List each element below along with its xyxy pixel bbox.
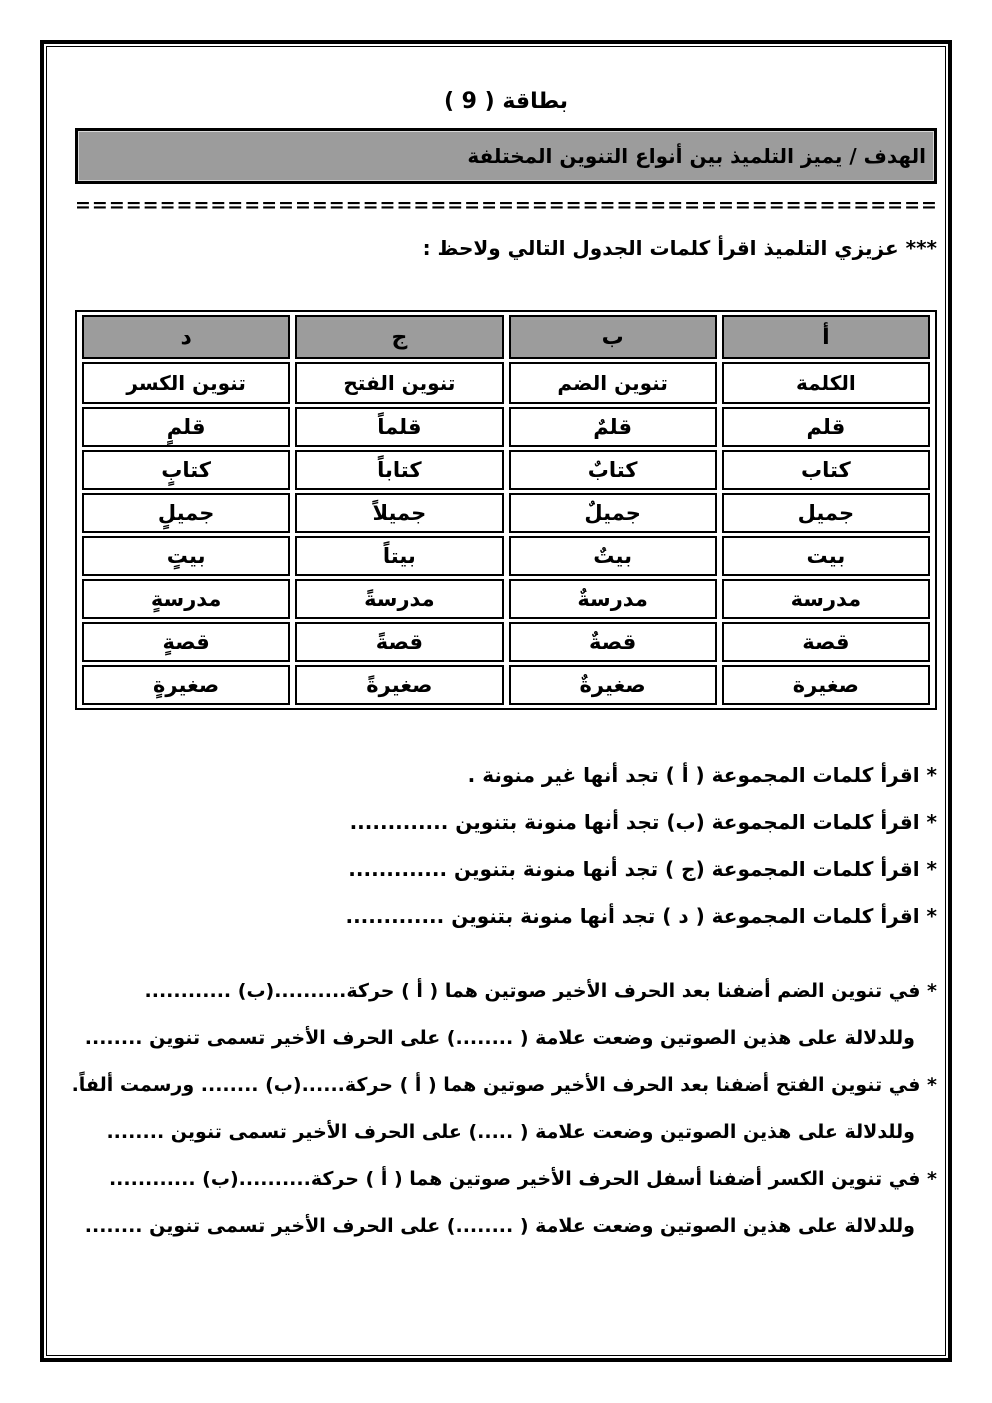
goal-text: الهدف / يميز التلميذ بين أنواع التنوين ا… (467, 144, 926, 168)
word-cell: كتابٌ (509, 450, 717, 490)
observation-line: * اقرأ كلمات المجموعة ( د ) تجد أنها منو… (75, 893, 937, 940)
table-row: كتاب كتابٌ كتاباً كتابٍ (82, 450, 930, 490)
word-cell: قصةٌ (509, 622, 717, 662)
table-row: قلم قلمٌ قلماً قلمٍ (82, 407, 930, 447)
table-row: قصة قصةٌ قصةً قصةٍ (82, 622, 930, 662)
observation-line: * اقرأ كلمات المجموعة (ج ) تجد أنها منون… (75, 846, 937, 893)
word-cell: جميلٌ (509, 493, 717, 533)
column-title-cell: الكلمة (722, 362, 930, 404)
word-cell: جميلاً (295, 493, 503, 533)
group-letter-cell: أ (722, 315, 930, 359)
worksheet-content: بطاقة ( 9 ) الهدف / يميز التلميذ بين أنو… (46, 46, 946, 1356)
word-cell: بيت (722, 536, 930, 576)
group-letters-row: أ ب ج د (82, 315, 930, 359)
conclusion-line: * في تنوين الفتح أضفنا بعد الحرف الأخير … (75, 1062, 937, 1109)
group-letter-cell: ج (295, 315, 503, 359)
word-cell: قلم (722, 407, 930, 447)
table-row: جميل جميلٌ جميلاً جميلٍ (82, 493, 930, 533)
word-cell: بيتاً (295, 536, 503, 576)
word-cell: قصةً (295, 622, 503, 662)
word-cell: صغيرةً (295, 665, 503, 705)
observation-line: * اقرأ كلمات المجموعة ( أ ) تجد أنها غير… (75, 752, 937, 799)
table-row: مدرسة مدرسةٌ مدرسةً مدرسةٍ (82, 579, 930, 619)
word-cell: قلماً (295, 407, 503, 447)
conclusion-line: وللدلالة على هذين الصوتين وضعت علامة ( .… (75, 1015, 937, 1062)
group-letter-cell: ب (509, 315, 717, 359)
word-cell: قصةٍ (82, 622, 290, 662)
word-cell: مدرسةٍ (82, 579, 290, 619)
separator-line: ========================================… (75, 194, 937, 216)
page-title: بطاقة ( 9 ) (75, 89, 937, 114)
word-cell: كتاباً (295, 450, 503, 490)
word-cell: كتاب (722, 450, 930, 490)
conclusions-section: * في تنوين الضم أضفنا بعد الحرف الأخير ص… (75, 968, 937, 1250)
conclusion-line: وللدلالة على هذين الصوتين وضعت علامة ( .… (75, 1109, 937, 1156)
word-cell: كتابٍ (82, 450, 290, 490)
table-row: بيت بيتٌ بيتاً بيتٍ (82, 536, 930, 576)
word-cell: قلمٍ (82, 407, 290, 447)
word-cell: مدرسةً (295, 579, 503, 619)
word-cell: جميلٍ (82, 493, 290, 533)
conclusion-line: * في تنوين الضم أضفنا بعد الحرف الأخير ص… (75, 968, 937, 1015)
conclusion-line: وللدلالة على هذين الصوتين وضعت علامة ( .… (75, 1203, 937, 1250)
column-title-cell: تنوين الكسر (82, 362, 290, 404)
observations-section: * اقرأ كلمات المجموعة ( أ ) تجد أنها غير… (75, 752, 937, 940)
goal-box: الهدف / يميز التلميذ بين أنواع التنوين ا… (75, 128, 937, 184)
tanween-table: أ ب ج د الكلمة تنوين الضم تنوين الفتح تن… (75, 310, 937, 710)
word-cell: صغيرةٍ (82, 665, 290, 705)
word-cell: قلمٌ (509, 407, 717, 447)
word-cell: صغيرة (722, 665, 930, 705)
conclusion-line: * في تنوين الكسر أضفنا أسفل الحرف الأخير… (75, 1156, 937, 1203)
instruction-text: *** عزيزي التلميذ اقرأ كلمات الجدول التا… (75, 236, 937, 260)
observation-line: * اقرأ كلمات المجموعة (ب) تجد أنها منونة… (75, 799, 937, 846)
page-border: بطاقة ( 9 ) الهدف / يميز التلميذ بين أنو… (40, 40, 952, 1362)
column-title-cell: تنوين الفتح (295, 362, 503, 404)
word-cell: مدرسة (722, 579, 930, 619)
column-title-cell: تنوين الضم (509, 362, 717, 404)
word-cell: صغيرةٌ (509, 665, 717, 705)
group-letter-cell: د (82, 315, 290, 359)
table-row: صغيرة صغيرةٌ صغيرةً صغيرةٍ (82, 665, 930, 705)
worksheet-page: { "header": { "title": "بطاقة ( 9 )", "g… (0, 0, 992, 1403)
word-cell: جميل (722, 493, 930, 533)
word-cell: مدرسةٌ (509, 579, 717, 619)
word-cell: بيتٍ (82, 536, 290, 576)
column-titles-row: الكلمة تنوين الضم تنوين الفتح تنوين الكس… (82, 362, 930, 404)
word-cell: قصة (722, 622, 930, 662)
word-cell: بيتٌ (509, 536, 717, 576)
